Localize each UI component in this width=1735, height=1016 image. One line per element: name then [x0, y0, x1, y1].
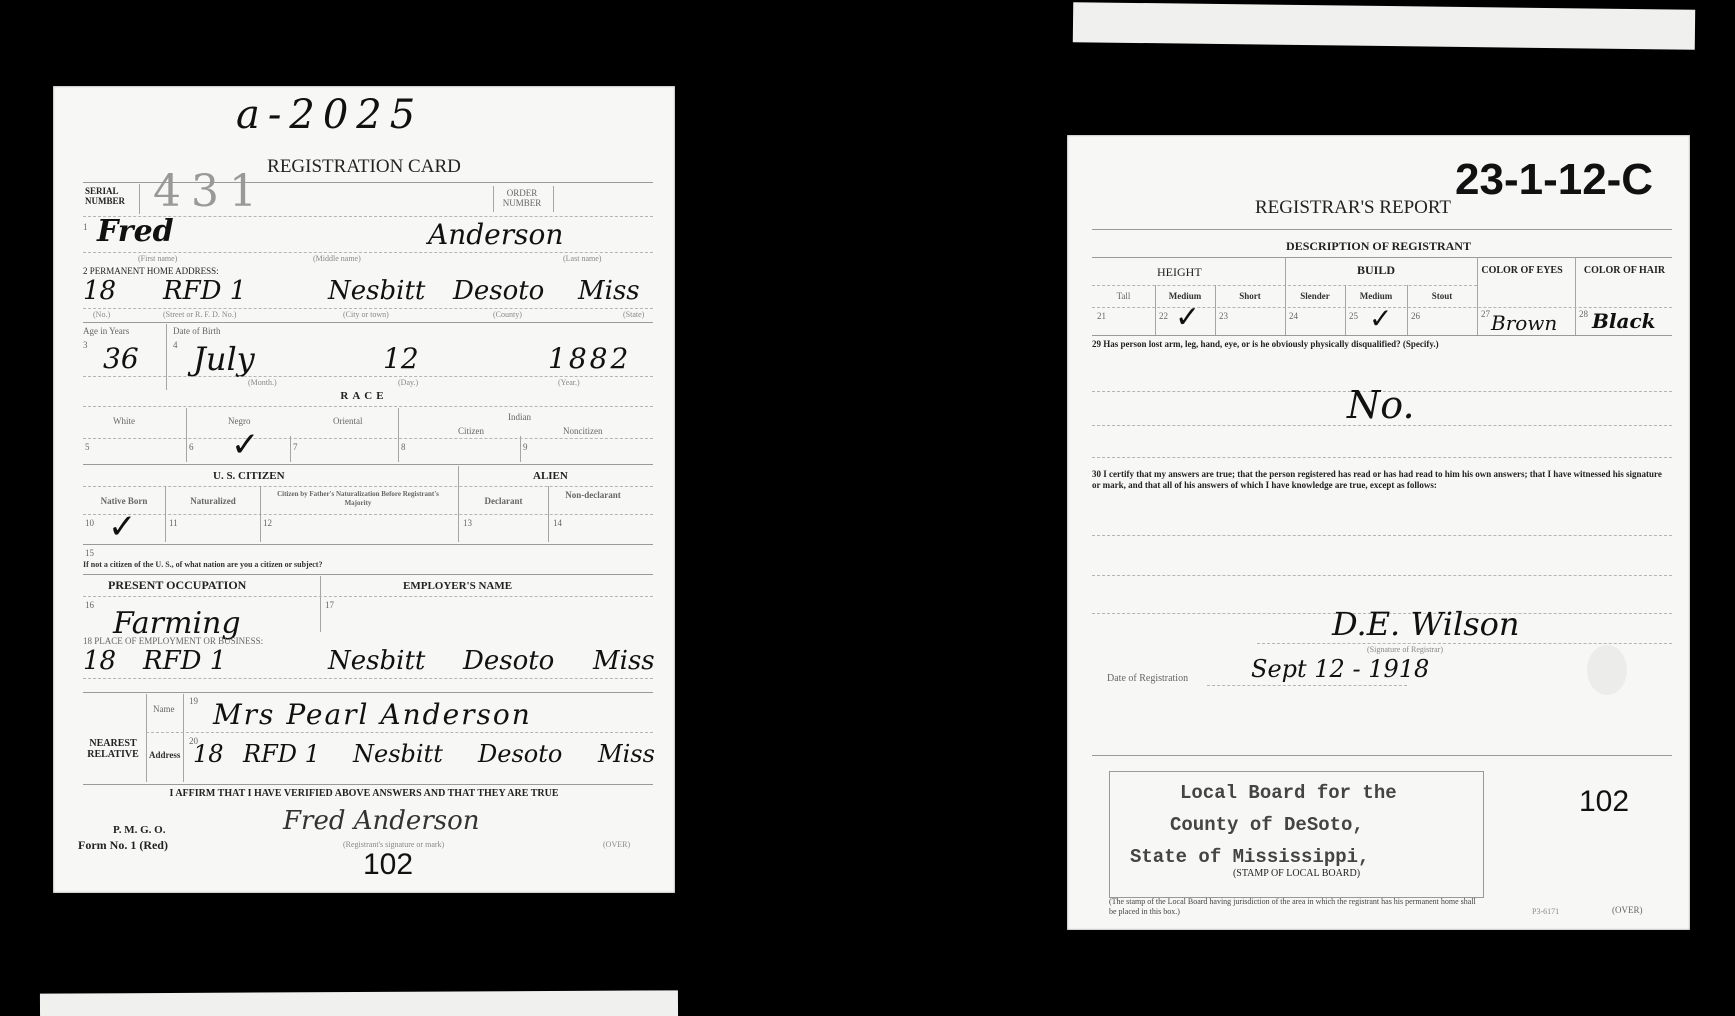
card-title: REGISTRATION CARD — [53, 156, 675, 178]
build-medium-checkmark-icon: ✓ — [1369, 305, 1392, 333]
first-name: Fred — [97, 214, 174, 249]
dob-month: July — [193, 340, 255, 378]
stamp-note: (The stamp of the Local Board having jur… — [1109, 897, 1482, 917]
race-negro-checkmark-icon: ✓ — [231, 428, 260, 462]
file-number: a-2025 — [236, 92, 423, 138]
date-of-registration-label: Date of Registration — [1107, 673, 1188, 684]
alien-label: ALIEN — [533, 470, 568, 482]
report-title: REGISTRAR'S REPORT — [1255, 197, 1451, 219]
registration-card: a-2025 REGISTRATION CARD SERIAL NUMBER 4… — [53, 86, 675, 893]
report-page-number: 102 — [1579, 785, 1629, 819]
relative-name: Mrs Pearl Anderson — [213, 698, 532, 731]
home-address-county: Desoto — [453, 276, 544, 306]
age-label: Age in Years — [83, 326, 129, 336]
report-file-number: 23-1-12-C — [1455, 155, 1653, 205]
registrant-signature: Fred Anderson — [283, 806, 480, 836]
adjacent-card-strip-bottom — [40, 990, 678, 1016]
serial-number-label: SERIAL NUMBER — [85, 186, 135, 206]
local-board-stamp-box: Local Board for the County of DeSoto, St… — [1109, 771, 1484, 898]
nation-question: If not a citizen of the U. S., of what n… — [83, 560, 322, 569]
home-address-city: Nesbitt — [328, 276, 425, 306]
dob-label: Date of Birth — [173, 326, 221, 336]
watermark-seal-icon — [1587, 645, 1627, 695]
eye-color: Brown — [1491, 311, 1557, 335]
order-number-label: ORDER NUMBER — [497, 188, 547, 208]
home-address-no: 18 — [83, 276, 116, 306]
home-address-street: RFD 1 — [163, 276, 246, 306]
height-medium-checkmark-icon: ✓ — [1175, 303, 1200, 333]
registrar-report-card: 23-1-12-C REGISTRAR'S REPORT DESCRIPTION… — [1067, 135, 1690, 930]
page-number: 102 — [363, 848, 413, 882]
home-address-state: Miss — [578, 276, 640, 306]
registrar-signature: D.E. Wilson — [1332, 605, 1519, 643]
hair-color: Black — [1592, 309, 1656, 333]
question-29: 29 Has person lost arm, leg, hand, eye, … — [1092, 339, 1672, 350]
dob-year: 1882 — [548, 342, 631, 375]
certification-30: 30 I certify that my answers are true; t… — [1092, 469, 1672, 491]
dob-day: 12 — [383, 342, 419, 375]
question-29-answer: No. — [1347, 383, 1415, 427]
affirm-statement: I AFFIRM THAT I HAVE VERIFIED ABOVE ANSW… — [53, 788, 675, 799]
home-address-label: 2 PERMANENT HOME ADDRESS: — [83, 266, 219, 276]
native-born-checkmark-icon: ✓ — [108, 510, 137, 544]
us-citizen-label: U. S. CITIZEN — [213, 470, 285, 482]
age-value: 36 — [103, 342, 139, 375]
date-of-registration: Sept 12 - 1918 — [1251, 655, 1429, 683]
last-name: Anderson — [428, 218, 563, 251]
serial-number: 431 — [153, 166, 267, 217]
adjacent-card-strip-top — [1073, 2, 1695, 50]
race-label: RACE — [53, 390, 675, 402]
